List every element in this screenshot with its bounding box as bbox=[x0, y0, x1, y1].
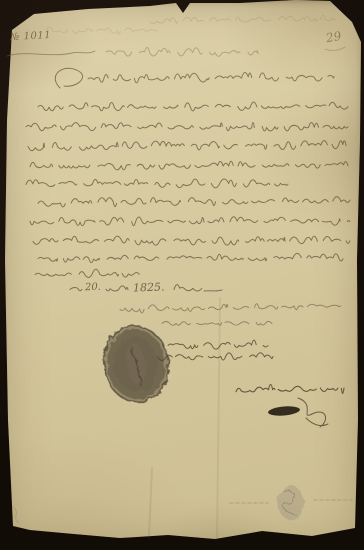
registry-underline bbox=[7, 51, 95, 56]
closing-line-4 bbox=[158, 353, 273, 361]
fold-crease-2 bbox=[217, 298, 220, 537]
body-line-9 bbox=[38, 253, 343, 262]
body-line-2 bbox=[26, 122, 348, 131]
body-line-5 bbox=[26, 179, 288, 188]
body-line-8 bbox=[33, 236, 350, 245]
fold-crease-1 bbox=[149, 468, 152, 537]
page-number-underline bbox=[325, 47, 345, 50]
body-line-10 bbox=[35, 269, 139, 277]
wax-seal-stamp bbox=[98, 321, 174, 407]
body-line-6 bbox=[38, 197, 350, 207]
library-stamp bbox=[278, 486, 304, 520]
salutation-flourish bbox=[55, 68, 82, 88]
date-line bbox=[70, 285, 202, 291]
date-dash bbox=[204, 290, 222, 291]
closing-line-2 bbox=[162, 321, 272, 325]
salutation-line bbox=[88, 73, 334, 83]
faded-showthrough-a bbox=[150, 15, 335, 23]
signature-flourish bbox=[298, 398, 328, 427]
heading-line bbox=[106, 47, 258, 56]
signature-line bbox=[236, 384, 344, 393]
handwriting-layer bbox=[0, 0, 364, 550]
faded-showthrough-b bbox=[46, 27, 156, 34]
closing-line-1 bbox=[120, 304, 341, 313]
pencil-mark bbox=[13, 507, 19, 523]
body-line-4 bbox=[30, 161, 348, 170]
body-line-3 bbox=[28, 141, 346, 151]
body-line-1 bbox=[38, 102, 348, 111]
body-line-7 bbox=[30, 217, 350, 226]
closing-line-3 bbox=[168, 340, 268, 349]
ink-blot bbox=[268, 405, 301, 417]
